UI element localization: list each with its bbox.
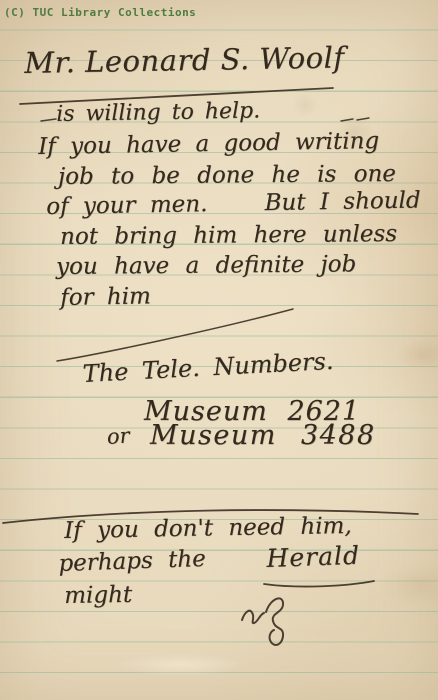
note-body-line: you have a definite job bbox=[56, 251, 356, 280]
telephone-heading: The Tele. Numbers. bbox=[82, 347, 334, 388]
herald-underline-stroke bbox=[264, 581, 374, 587]
note-body-line: job to be done he is one bbox=[58, 161, 396, 190]
herald-emphasis: Herald bbox=[266, 541, 360, 573]
telephone-or-label: or bbox=[106, 423, 130, 449]
note-heading: Mr. Leonard S. Woolf bbox=[24, 40, 345, 80]
margin-dash-stroke bbox=[341, 118, 369, 121]
note-body-line: If you have a good writing bbox=[38, 128, 379, 160]
note-body-line: not bring him here unless bbox=[60, 221, 397, 250]
telephone-number: Museum 3488 bbox=[150, 420, 376, 451]
postscript-line: perhaps the bbox=[58, 546, 206, 577]
scanned-note-page: (C) TUC Library Collections Mr. Leonard … bbox=[0, 0, 438, 700]
note-subheading: is willing to help. bbox=[56, 98, 260, 127]
subheading-dash-stroke bbox=[41, 119, 56, 121]
copyright-watermark: (C) TUC Library Collections bbox=[4, 6, 196, 19]
note-body-line: for him bbox=[60, 283, 151, 311]
postscript-line: might bbox=[64, 582, 132, 609]
signature-initials bbox=[242, 598, 283, 645]
postscript-line: If you don't need him, bbox=[64, 513, 352, 544]
note-body-line: of your men. But I should bbox=[46, 187, 421, 220]
